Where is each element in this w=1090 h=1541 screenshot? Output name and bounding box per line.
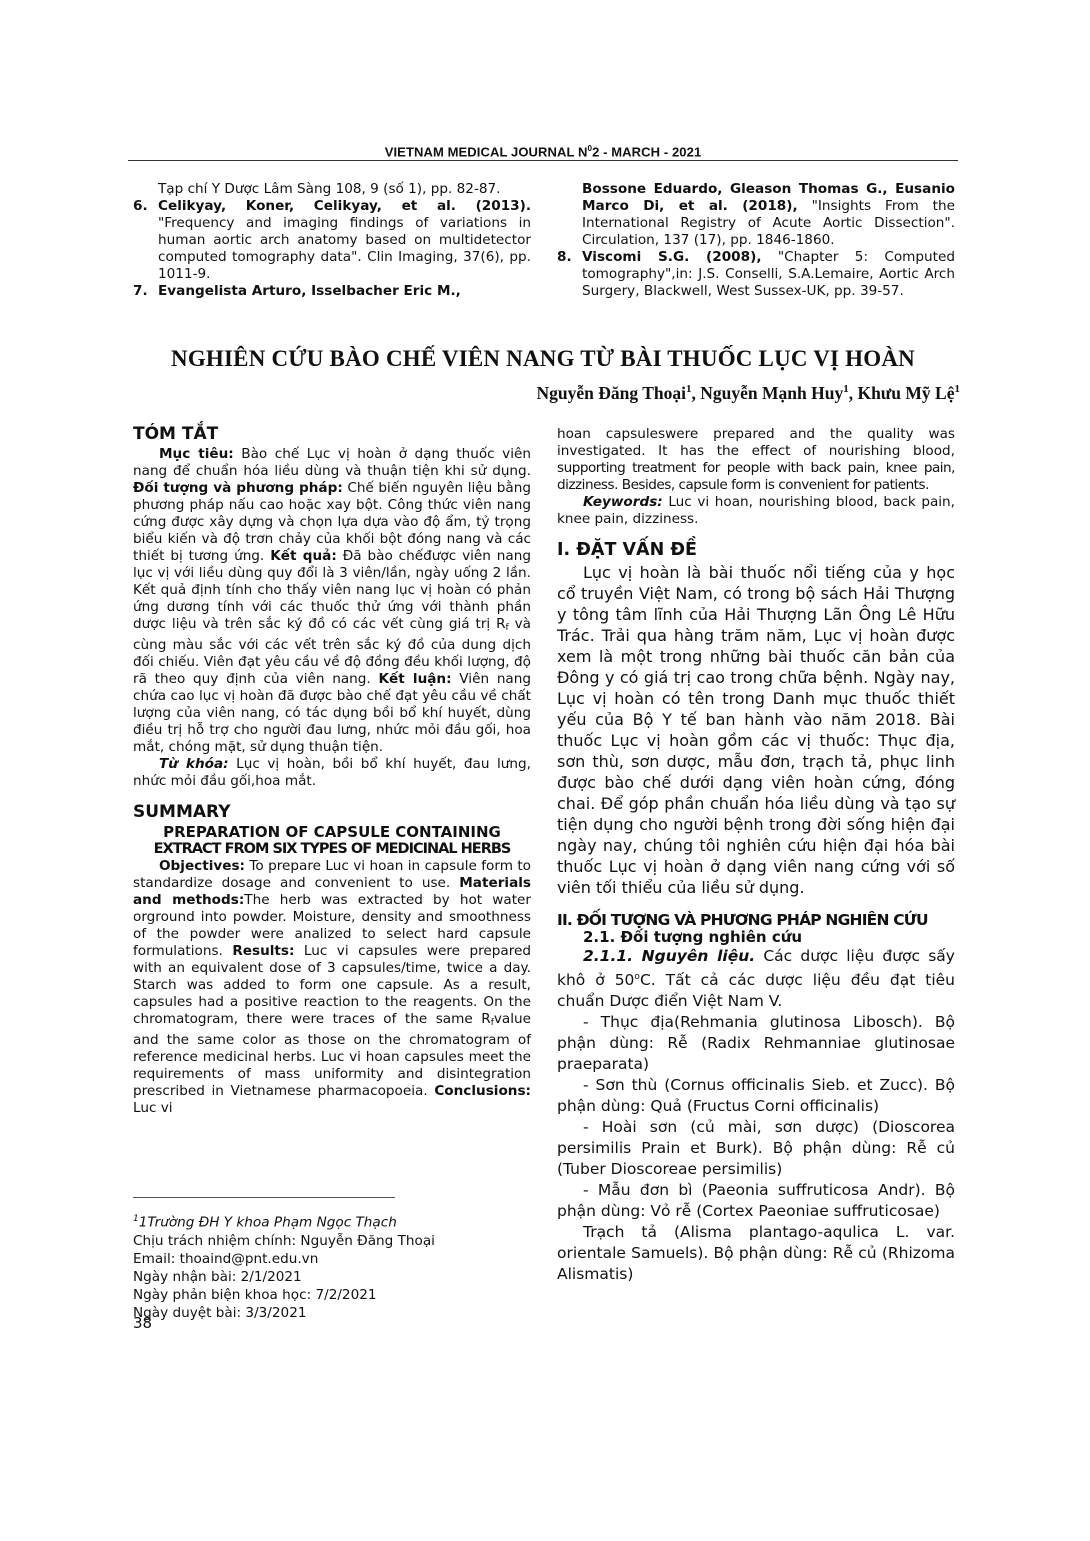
date-reviewed: Ngày phản biện khoa học: 7/2/2021 (133, 1286, 435, 1304)
affiliation: 11Trường ĐH Y khoa Phạm Ngọc Thạch (133, 1210, 435, 1232)
section2-subheading: 2.1. Đối tượng nghiên cứu (557, 929, 955, 946)
abstract-vi-keywords: Từ khóa: Lục vị hoàn, bồi bổ khí huyết, … (133, 756, 531, 790)
reference-7-start: 7.Evangelista Arturo, Isselbacher Eric M… (133, 283, 531, 300)
abstract-vi-heading: TÓM TẮT (133, 426, 531, 443)
journal-page: VIETNAM MEDICAL JOURNAL N02 - MARCH - 20… (0, 0, 1090, 1541)
material-item: - Thục địa(Rehmania glutinosa Libosch). … (557, 1012, 955, 1075)
material-item: - Sơn thù (Cornus officinalis Sieb. et Z… (557, 1075, 955, 1117)
section1-heading: I. ĐẶT VẤN ĐỀ (557, 542, 955, 559)
summary-title-line2: EXTRACT FROM SIX TYPES OF MEDICINAL HERB… (133, 841, 531, 858)
article-authors: Nguyễn Đăng Thoại1, Nguyễn Mạnh Huy1, Kh… (537, 383, 960, 404)
footnote-divider (133, 1197, 395, 1198)
material-item: Trạch tả (Alisma plantago-aqulica L. var… (557, 1222, 955, 1285)
summary-keywords: Keywords: Luc vi hoan, nourishing blood,… (557, 494, 955, 528)
reference-7-continued: Bossone Eduardo, Gleason Thomas G., Eusa… (557, 181, 955, 249)
left-column: TÓM TẮT Mục tiêu: Bào chế Lục vị hoàn ở … (133, 426, 531, 1117)
author-name: Nguyễn Đăng Thoại (537, 383, 686, 403)
materials-intro: 2.1.1. Nguyên liệu. Các dược liệu được s… (557, 946, 955, 1012)
material-item: - Mẫu đơn bì (Paeonia suffruticosa Andr)… (557, 1180, 955, 1222)
reference-8: 8.Viscomi S.G. (2008), "Chapter 5: Compu… (557, 249, 955, 300)
summary-heading: SUMMARY (133, 804, 531, 821)
references-right: Bossone Eduardo, Gleason Thomas G., Eusa… (557, 181, 955, 300)
abstract-vi-body: Mục tiêu: Bào chế Lục vị hoàn ở dạng thu… (133, 446, 531, 756)
issue-date: 2 - MARCH - 2021 (592, 144, 701, 159)
running-header: VIETNAM MEDICAL JOURNAL N02 - MARCH - 20… (128, 144, 958, 159)
author-name: Nguyễn Mạnh Huy (700, 383, 843, 403)
responsible-author: Chịu trách nhiệm chính: Nguyễn Đăng Thoạ… (133, 1232, 435, 1250)
footnotes: 11Trường ĐH Y khoa Phạm Ngọc Thạch Chịu … (133, 1210, 435, 1322)
summary-body: Objectives: To prepare Luc vi hoan in ca… (133, 858, 531, 1117)
header-divider (128, 160, 958, 161)
section2-heading: II. ĐỐI TƯỢNG VÀ PHƯƠNG PHÁP NGHIÊN CỨU (557, 912, 955, 929)
date-received: Ngày nhận bài: 2/1/2021 (133, 1268, 435, 1286)
contact-email[interactable]: Email: thoaind@pnt.edu.vn (133, 1250, 435, 1268)
reference-continued: Tạp chí Y Dược Lâm Sàng 108, 9 (số 1), p… (133, 181, 531, 198)
author-name: Khưu Mỹ Lệ (857, 383, 954, 403)
section2-body: 2.1.1. Nguyên liệu. Các dược liệu được s… (557, 946, 955, 1285)
journal-name: VIETNAM MEDICAL JOURNAL N (385, 144, 588, 159)
page-number: 38 (133, 1314, 152, 1332)
references-left: Tạp chí Y Dược Lâm Sàng 108, 9 (số 1), p… (133, 181, 531, 300)
date-approved: Ngày duyệt bài: 3/3/2021 (133, 1304, 435, 1322)
summary-body-continued: hoan capsuleswere prepared and the quali… (557, 426, 955, 494)
summary-title-line1: PREPARATION OF CAPSULE CONTAINING (133, 824, 531, 841)
right-column: hoan capsuleswere prepared and the quali… (557, 426, 955, 1285)
section1-body: Lục vị hoàn là bài thuốc nổi tiếng của y… (557, 562, 955, 898)
article-title: NGHIÊN CỨU BÀO CHẾ VIÊN NANG TỪ BÀI THUỐ… (128, 346, 958, 372)
reference-6: 6.Celikyay, Koner, Celikyay, et al. (201… (133, 198, 531, 283)
material-item: - Hoài sơn (củ mài, sơn dược) (Dioscorea… (557, 1117, 955, 1180)
